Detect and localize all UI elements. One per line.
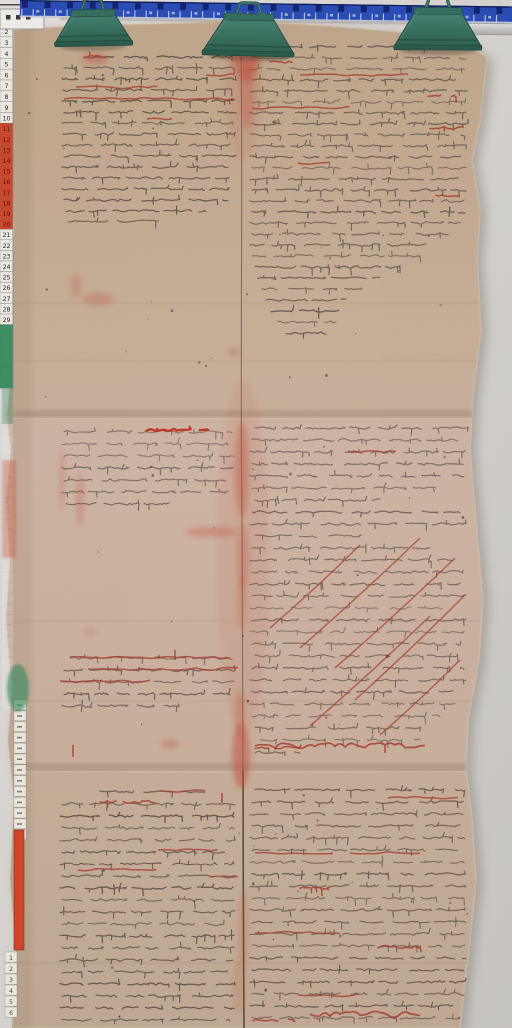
tape-number: 15 [3, 169, 11, 176]
tape-red-section [14, 830, 24, 950]
tape-number: 25 [3, 275, 11, 282]
tape-number: 12 [3, 137, 11, 144]
tape-number: 13 [3, 147, 11, 154]
tape-number: 16 [3, 179, 11, 186]
green-tape-patch [7, 664, 29, 712]
tape-number: 3 [9, 977, 13, 984]
tape-number: 5 [9, 999, 13, 1006]
tape-number: 24 [3, 264, 11, 271]
tape-number: 21 [3, 232, 11, 239]
tape-number: 2 [9, 966, 13, 973]
tape-number: 4 [5, 51, 9, 58]
manuscript-photo: 2345678910111213141516171819202122232425… [0, 0, 512, 1028]
tape-number: 5 [5, 62, 9, 69]
tape-cell [0, 335, 13, 346]
tape-number: 23 [3, 253, 11, 260]
tape-cell [0, 367, 13, 378]
tape-number: 11 [3, 126, 11, 133]
tape-number: 7 [5, 83, 9, 90]
tape-cell [0, 356, 13, 367]
tape-number: 6 [5, 72, 9, 79]
clip-lip [394, 45, 482, 50]
tape-number: 6 [9, 1010, 13, 1017]
tape-number: 26 [3, 285, 11, 292]
tape-number: 18 [3, 200, 11, 207]
tape-number: 29 [3, 317, 11, 324]
tape-number: 22 [3, 243, 11, 250]
photo-canvas: 2345678910111213141516171819202122232425… [0, 0, 512, 1028]
tape-number: 14 [3, 158, 11, 165]
tape-number: 20 [3, 222, 11, 229]
tape-number: 3 [5, 40, 9, 47]
tape-number: 4 [9, 988, 13, 995]
tape-number: 27 [3, 296, 11, 303]
tape-number: 19 [3, 211, 11, 218]
tape-number: 8 [5, 94, 9, 101]
tape-number: 1 [9, 955, 13, 962]
tape-cell [0, 378, 13, 389]
tape-cell [0, 346, 13, 357]
tape-number: 10 [3, 116, 11, 123]
tape-number: 28 [3, 306, 11, 313]
tape-number: 2 [5, 29, 9, 36]
tape-number: 17 [3, 190, 11, 197]
tape-number: 9 [5, 105, 9, 112]
tape-cell [0, 325, 13, 336]
